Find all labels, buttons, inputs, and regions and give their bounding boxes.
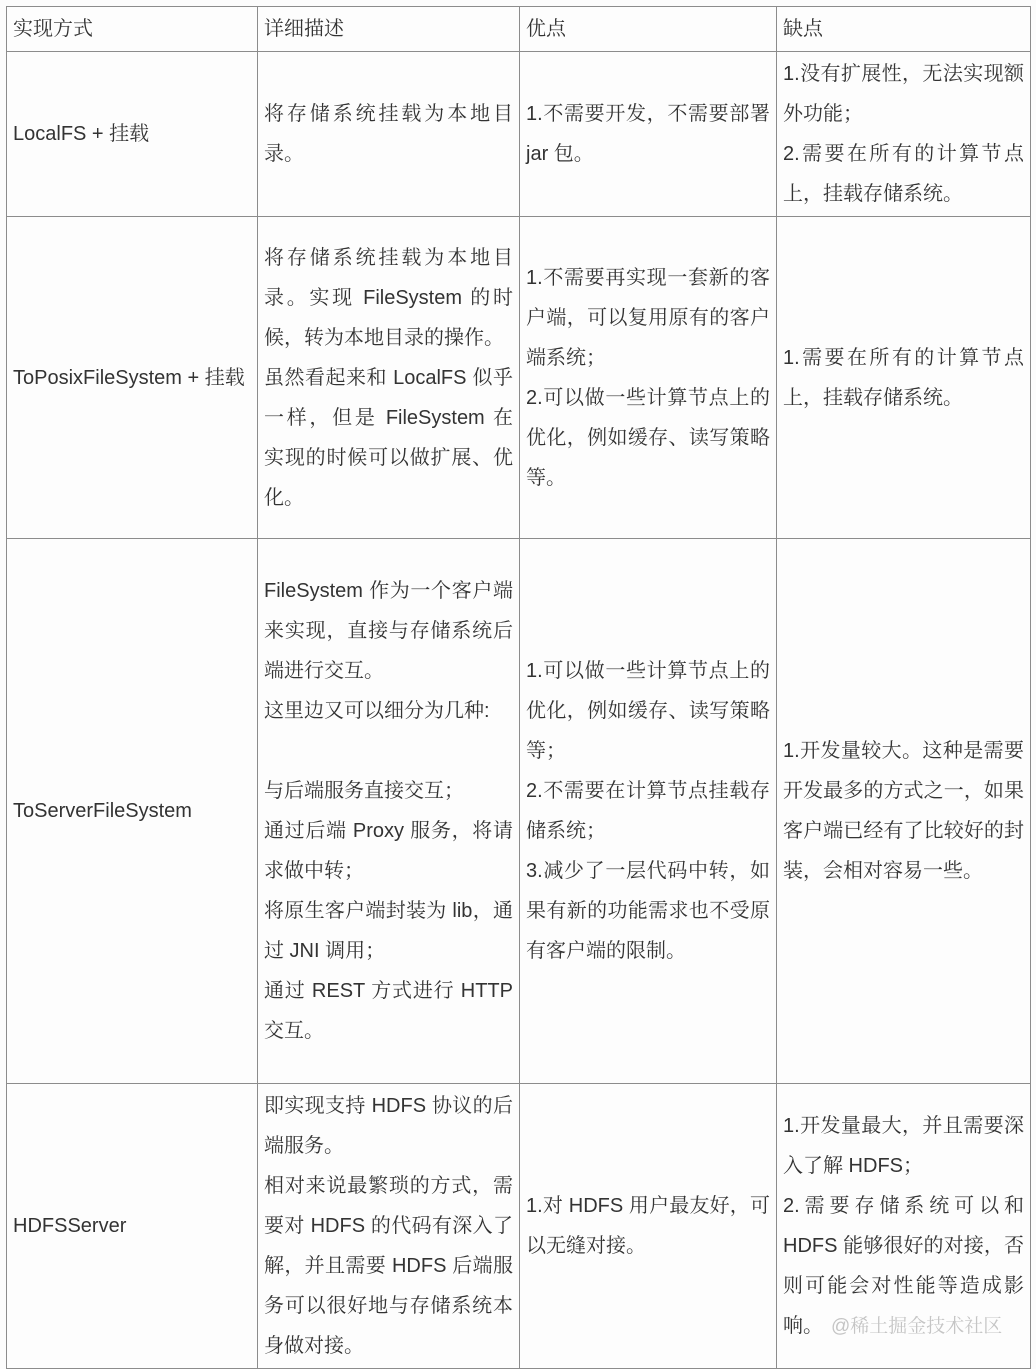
method-text: ToServerFileSystem [13,800,192,822]
description-text: 即实现支持 HDFS 协议的后端服务。 相对来说最繁琐的方式，需要对 HDFS … [264,1095,513,1357]
pros-cell: 1.对 HDFS 用户最友好，可以无缝对接。 [520,1084,777,1369]
method-text: HDFSServer [13,1215,126,1237]
pros-cell: 1.可以做一些计算节点上的优化，例如缓存、读写策略等； 2.不需要在计算节点挂载… [520,539,777,1084]
pros-cell: 1.不需要开发，不需要部署 jar 包。 [520,52,777,217]
cons-cell: 1.需要在所有的计算节点上，挂载存储系统。 [777,217,1031,539]
pros-text: 1.不需要开发，不需要部署 jar 包。 [526,103,770,165]
table-header-row: 实现方式 详细描述 优点 缺点 [7,7,1031,52]
method-cell: LocalFS + 挂载 [7,52,258,217]
header-cell-pros: 优点 [520,7,777,52]
watermark: @稀土掘金技术社区 [831,1316,1002,1337]
pros-text: 1.可以做一些计算节点上的优化，例如缓存、读写策略等； 2.不需要在计算节点挂载… [526,660,770,962]
header-cell-description: 详细描述 [258,7,520,52]
cons-cell: 1.没有扩展性，无法实现额外功能； 2.需要在所有的计算节点上，挂载存储系统。 [777,52,1031,217]
method-cell: ToServerFileSystem [7,539,258,1084]
header-cell-method: 实现方式 [7,7,258,52]
table-row: ToServerFileSystem FileSystem 作为一个客户端来实现… [7,539,1031,1084]
method-cell: HDFSServer [7,1084,258,1369]
description-text: 将存储系统挂载为本地目录。 [264,103,513,165]
cons-text: 1.开发量较大。这种是需要开发最多的方式之一，如果客户端已经有了比较好的封装，会… [783,740,1024,882]
table-row: ToPosixFileSystem + 挂载 将存储系统挂载为本地目录。实现 F… [7,217,1031,539]
description-cell: FileSystem 作为一个客户端来实现，直接与存储系统后端进行交互。 这里边… [258,539,520,1084]
description-cell: 将存储系统挂载为本地目录。实现 FileSystem 的时候，转为本地目录的操作… [258,217,520,539]
page: 实现方式 详细描述 优点 缺点 LocalFS + 挂载 将存储系统挂载为本地目… [0,0,1036,1368]
description-text: 将存储系统挂载为本地目录。实现 FileSystem 的时候，转为本地目录的操作… [264,247,513,509]
table-row: HDFSServer 即实现支持 HDFS 协议的后端服务。 相对来说最繁琐的方… [7,1084,1031,1369]
cons-text: 1.开发量最大，并且需要深入了解 HDFS； 2.需要存储系统可以和 HDFS … [783,1115,1024,1337]
cons-cell: 1.开发量最大，并且需要深入了解 HDFS； 2.需要存储系统可以和 HDFS … [777,1084,1031,1369]
filesystem-implementation-comparison-table: 实现方式 详细描述 优点 缺点 LocalFS + 挂载 将存储系统挂载为本地目… [6,6,1031,1369]
description-cell: 即实现支持 HDFS 协议的后端服务。 相对来说最繁琐的方式，需要对 HDFS … [258,1084,520,1369]
cons-cell: 1.开发量较大。这种是需要开发最多的方式之一，如果客户端已经有了比较好的封装，会… [777,539,1031,1084]
pros-cell: 1.不需要再实现一套新的客户端，可以复用原有的客户端系统； 2.可以做一些计算节… [520,217,777,539]
table-row: LocalFS + 挂载 将存储系统挂载为本地目录。 1.不需要开发，不需要部署… [7,52,1031,217]
pros-text: 1.对 HDFS 用户最友好，可以无缝对接。 [526,1195,770,1257]
method-text: LocalFS + 挂载 [13,123,149,145]
cons-text: 1.需要在所有的计算节点上，挂载存储系统。 [783,347,1024,409]
description-text: FileSystem 作为一个客户端来实现，直接与存储系统后端进行交互。 这里边… [264,580,513,1042]
pros-text: 1.不需要再实现一套新的客户端，可以复用原有的客户端系统； 2.可以做一些计算节… [526,267,770,489]
description-cell: 将存储系统挂载为本地目录。 [258,52,520,217]
cons-text: 1.没有扩展性，无法实现额外功能； 2.需要在所有的计算节点上，挂载存储系统。 [783,63,1024,205]
method-cell: ToPosixFileSystem + 挂载 [7,217,258,539]
header-cell-cons: 缺点 [777,7,1031,52]
method-text: ToPosixFileSystem + 挂载 [13,367,245,389]
